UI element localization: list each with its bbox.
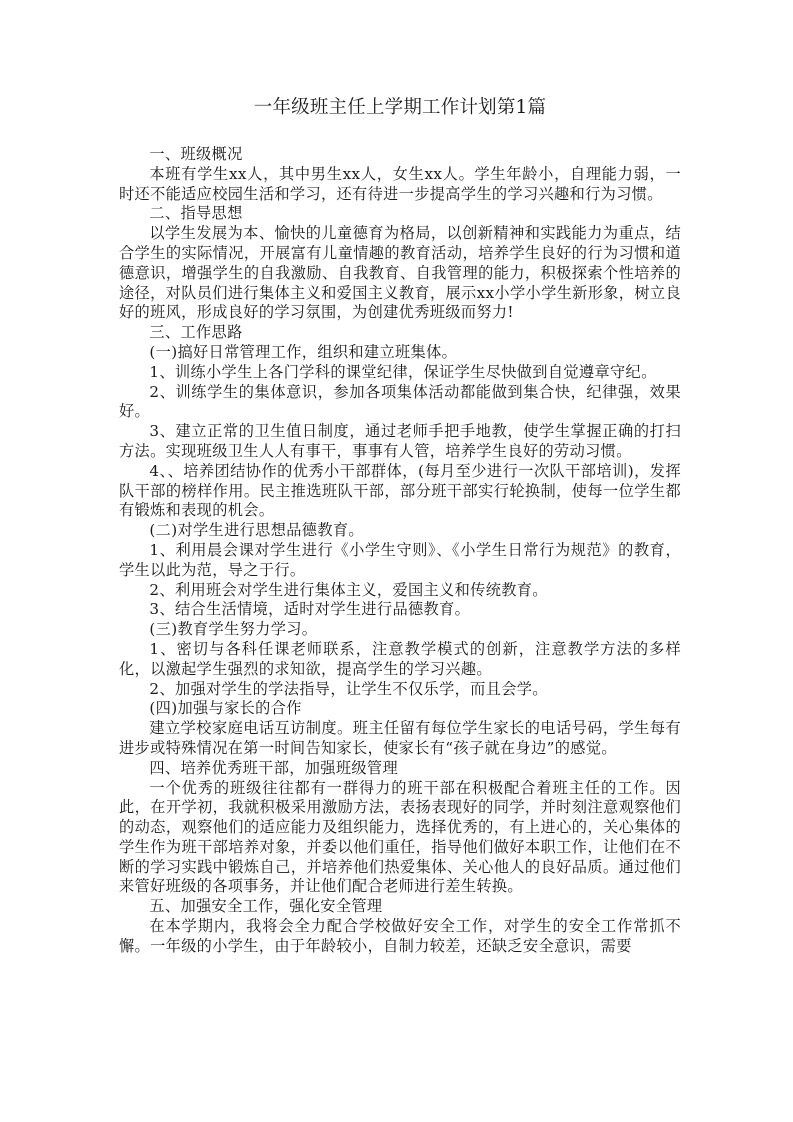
list-item: 3、结合生活情境，适时对学生进行品德教育。 xyxy=(119,600,681,620)
list-item: 2、加强对学生的学法指导，让学生不仅乐学，而且会学。 xyxy=(119,680,681,700)
list-item: 1、训练小学生上各门学科的课堂纪律，保证学生尽快做到自觉遵章守纪。 xyxy=(119,363,681,383)
subheading-daily-management: (一)搞好日常管理工作，组织和建立班集体。 xyxy=(119,343,681,363)
list-item: 1、利用晨会课对学生进行《小学生守则》、《小学生日常行为规范》的教育，学生以此为… xyxy=(119,541,681,581)
document-title: 一年级班主任上学期工作计划第1篇 xyxy=(119,96,681,120)
paragraph-class-overview: 本班有学生xx人，其中男生xx人，女生xx人。学生年龄小，自理能力弱，一时还不能… xyxy=(119,165,681,205)
subheading-study-encouragement: (三)教育学生努力学习。 xyxy=(119,620,681,640)
section-heading-safety: 五、加强安全工作，强化安全管理 xyxy=(119,897,681,917)
subheading-parent-cooperation: (四)加强与家长的合作 xyxy=(119,699,681,719)
list-item: 4、、培养团结协作的优秀小干部群体，(每月至少进行一次队干部培训)，发挥队干部的… xyxy=(119,462,681,521)
section-heading-class-overview: 一、班级概况 xyxy=(119,145,681,165)
paragraph-parent-cooperation: 建立学校家庭电话互访制度。班主任留有每位学生家长的电话号码，学生每有进步或特殊情… xyxy=(119,719,681,759)
paragraph-safety: 在本学期内，我将会全力配合学校做好安全工作，对学生的安全工作常抓不懈。一年级的小… xyxy=(119,917,681,957)
paragraph-class-cadres: 一个优秀的班级往往都有一群得力的班干部在积极配合着班主任的工作。因此，在开学初，… xyxy=(119,779,681,898)
subheading-moral-education: (二)对学生进行思想品德教育。 xyxy=(119,521,681,541)
list-item: 3、建立正常的卫生值日制度，通过老师手把手地教，使学生掌握正确的打扫方法。实现班… xyxy=(119,422,681,462)
list-item: 1、密切与各科任课老师联系，注意教学模式的创新，注意教学方法的多样化，以激起学生… xyxy=(119,640,681,680)
paragraph-guiding-ideology: 以学生发展为本、愉快的儿童德育为格局，以创新精神和实践能力为重点，结合学生的实际… xyxy=(119,224,681,323)
section-heading-guiding-ideology: 二、指导思想 xyxy=(119,204,681,224)
section-heading-class-cadres: 四、培养优秀班干部，加强班级管理 xyxy=(119,759,681,779)
section-heading-work-approach: 三、工作思路 xyxy=(119,323,681,343)
list-item: 2、利用班会对学生进行集体主义，爱国主义和传统教育。 xyxy=(119,581,681,601)
list-item: 2、训练学生的集体意识，参加各项集体活动都能做到集合快，纪律强，效果好。 xyxy=(119,383,681,423)
document-page: 一年级班主任上学期工作计划第1篇 一、班级概况 本班有学生xx人，其中男生xx人… xyxy=(119,96,681,957)
